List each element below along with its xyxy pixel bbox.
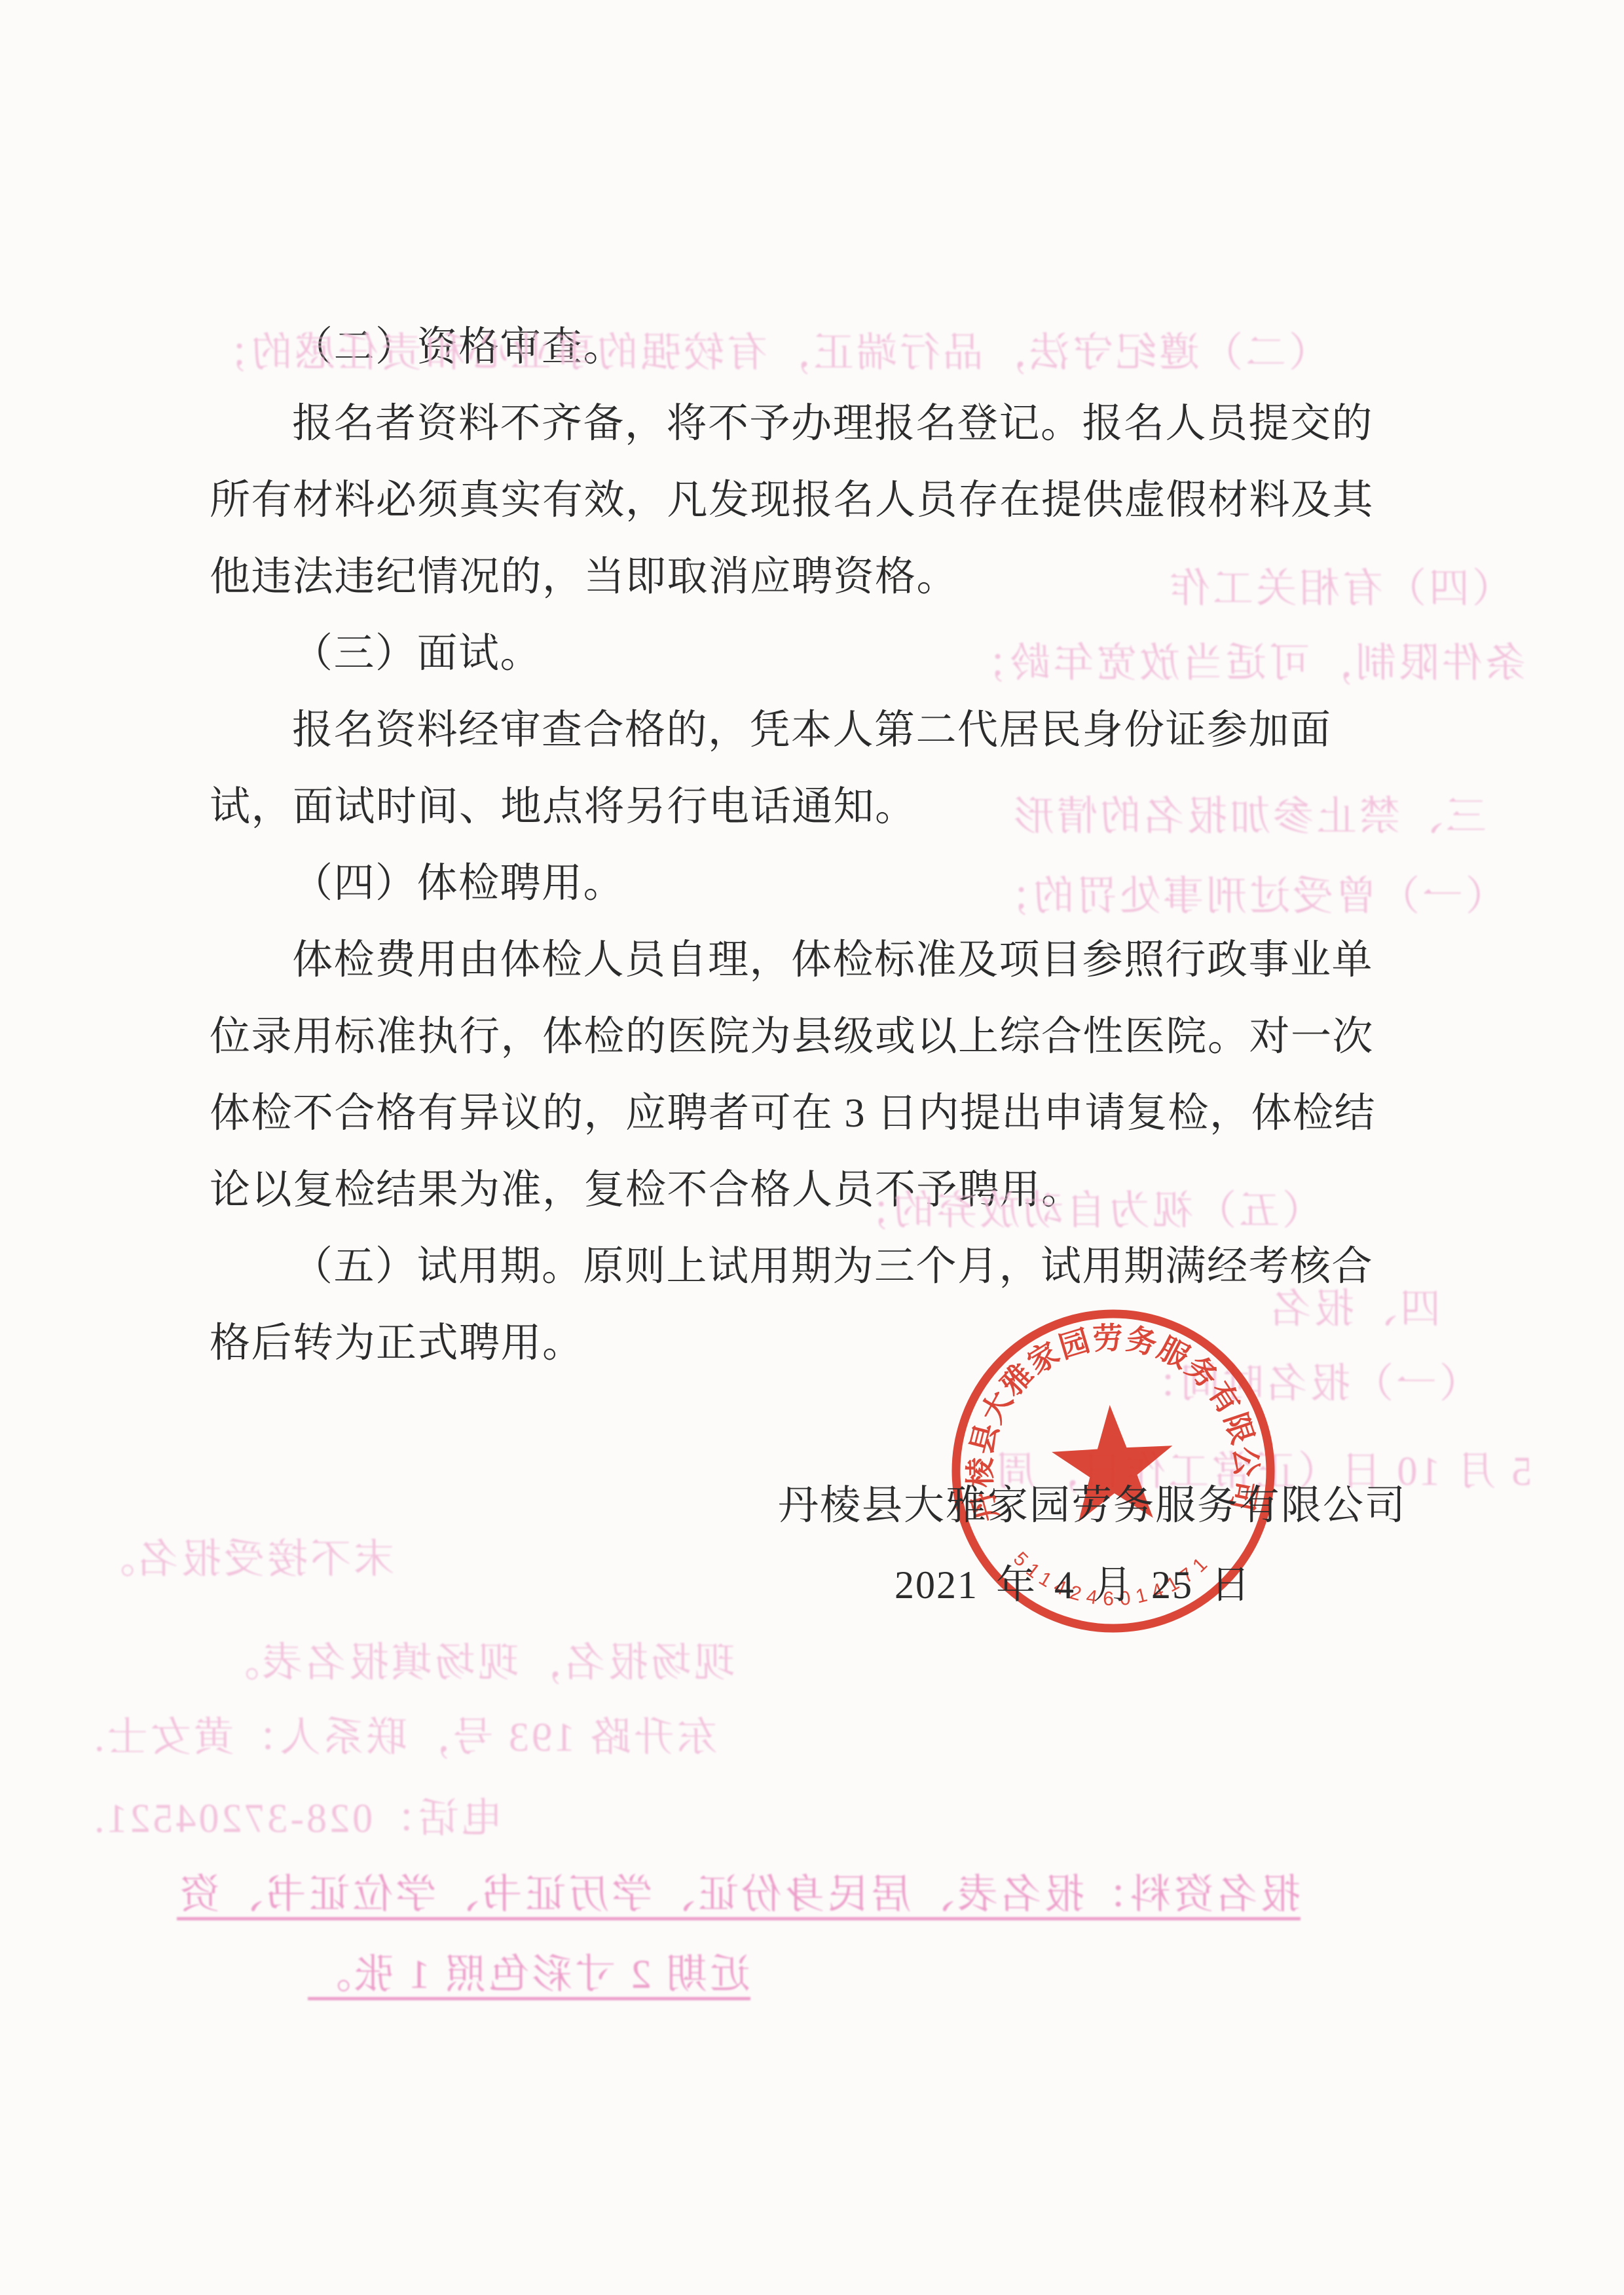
- bleedthrough-line: 四、报名: [1268, 1276, 1441, 1334]
- bleedthrough-line: 东升路 193 号，联系人：黄女士.: [92, 1704, 718, 1763]
- text-line: 报名者资料不齐备，将不予办理报名登记。报名人员提交的: [210, 386, 1441, 462]
- text-line: 报名资料经审查合格的，凭本人第二代居民身份证参加面: [210, 692, 1441, 769]
- text-line: 位录用标准执行，体检的医院为县级或以上综合性医院。对一次: [210, 999, 1441, 1075]
- bleedthrough-line: 末不接受报名。: [92, 1526, 394, 1584]
- bleedthrough-line: 电话：028-37204521.: [92, 1785, 502, 1844]
- bleedthrough-line: （四）有相关工作: [1167, 555, 1513, 614]
- bleedthrough-line: 三、禁止参加报名的情形: [1011, 783, 1486, 842]
- bleedthrough-line: 报名资料：报名表、居民身份证、学历证书、学位证书、资: [177, 1861, 1301, 1920]
- bleedthrough-line: （一）曾受过刑事处罚的；: [987, 863, 1506, 922]
- bleedthrough-line: （五）视为自动放弃的；: [847, 1178, 1323, 1236]
- document-date: 2021 年 4 月 25 日: [895, 1554, 1251, 1610]
- company-signature: 丹棱县大雅家园劳务服务有限公司: [778, 1472, 1407, 1531]
- bleedthrough-line: 条件限制，可适当放宽年龄；: [964, 630, 1526, 688]
- text-line: 所有材料必须真实有效，凡发现报名人员存在提供虚假材料及其: [210, 462, 1441, 539]
- bleedthrough-line: 近期 2 寸彩色照 1 张。: [308, 1941, 750, 2000]
- text-line: 体检不合格有异议的，应聘者可在 3 日内提出申请复检，体检结: [210, 1075, 1441, 1152]
- text-line: 体检费用由体检人员自理，体检标准及项目参照行政事业单: [210, 922, 1441, 999]
- scanned-document-page: （二）遵纪守法，品行端正，有较强的事业心和责任感的；（四）有相关工作条件限制，可…: [0, 0, 1624, 2295]
- bleedthrough-line: （二）遵纪守法，品行端正，有较强的事业心和责任感的；: [206, 320, 1329, 378]
- bleedthrough-line: 现场报名，现场填报名表。: [216, 1630, 735, 1688]
